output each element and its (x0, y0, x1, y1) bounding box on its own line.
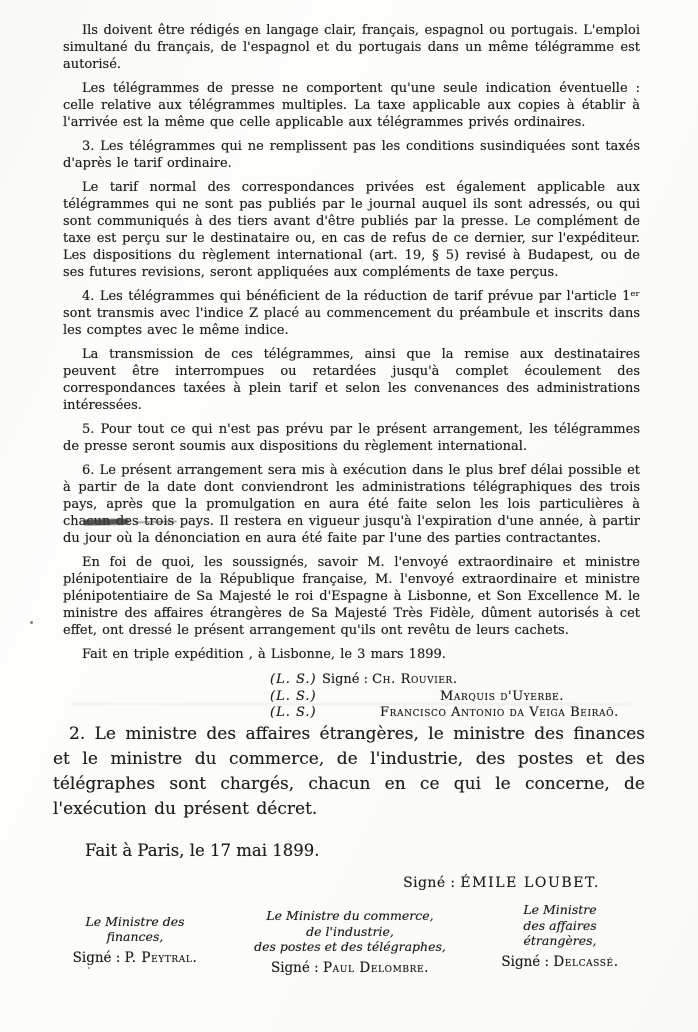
scan-speck (30, 621, 33, 624)
minister-title: Le Ministre des finances, (60, 914, 210, 945)
paragraph-article-3: 3. Les télégrammes qui ne remplissent pa… (63, 138, 640, 172)
seal-mark: (L. S.) (270, 672, 322, 689)
minister-signatures-row: Le Ministre des finances, Signé : P. Pey… (60, 902, 640, 976)
signature-row-rouvier: (L. S.)Signé : Ch. Rouvier. (270, 672, 640, 689)
minister-foreign-affairs-column: Le Ministre des affaires étrangères, Sig… (485, 902, 635, 970)
paragraph-press-telegrams: Les télégrammes de presse ne comportent … (63, 80, 640, 131)
signatory-name: Francisco Antonio da Veiga Beiraõ. (380, 705, 619, 722)
scan-speck (88, 967, 90, 969)
paragraph-article-6: 6. Le présent arrangement sera mis à exé… (63, 462, 640, 547)
minister-title: des postes et des télégraphes, (245, 939, 455, 955)
signatory-rouvier: Ch. Rouvier. (372, 672, 458, 687)
signe-prefix: Signé : (501, 954, 553, 970)
minister-signature: Signé : Paul Delombre. (245, 960, 455, 976)
minister-title: Le Ministre (485, 902, 635, 918)
paragraph-article-4: 4. Les télégrammes qui bénéficient de la… (63, 288, 640, 339)
signe-prefix: Signé : (322, 672, 372, 687)
minister-title: des affaires étrangères, (485, 918, 635, 949)
signatory-loubet: ÉMILE LOUBET. (460, 875, 600, 891)
signatory-delombre: Paul Delombre. (323, 960, 429, 976)
paragraph-article-5: 5. Pour tout ce qui n'est pas prévu par … (63, 421, 640, 455)
signatory-name: Signé : Ch. Rouvier. (322, 672, 458, 689)
signature-row-veiga-beirao: (L. S.)Francisco Antonio da Veiga Beiraõ… (270, 705, 640, 722)
lisbon-signatures-block: (L. S.)Signé : Ch. Rouvier. (L. S.)Marqu… (270, 672, 640, 722)
signatory-veiga-beirao: Francisco Antonio da Veiga Beiraõ. (380, 705, 619, 720)
ink-smudge-artifact (83, 519, 129, 526)
paragraph-transmission: La transmission de ces télégrammes, ains… (63, 346, 640, 414)
signe-prefix: Signé : (271, 960, 323, 976)
minister-finances-column: Le Ministre des finances, Signé : P. Pey… (60, 914, 210, 966)
minister-signature: Signé : Delcassé. (485, 954, 635, 970)
paragraph-languages: Ils doivent être rédigés en langage clai… (63, 22, 640, 73)
signatory-peytral: P. Peytral. (125, 950, 198, 966)
signatory-delcasse: Delcassé. (553, 954, 618, 970)
president-signature: Signé : ÉMILE LOUBET. (53, 875, 600, 891)
arrangement-text-block: Ils doivent être rédigés en langage clai… (63, 22, 640, 722)
signatory-uyerbe: Marquis d'Uyerbe. (440, 689, 564, 704)
seal-mark: (L. S.) (270, 705, 322, 722)
signe-prefix: Signé : (73, 950, 125, 966)
dateline-lisbonne: Fait en triple expédition , à Lisbonne, … (63, 646, 640, 663)
minister-title: de l'industrie, (245, 924, 455, 940)
scan-streak (70, 703, 630, 705)
decree-article-block: 2. Le ministre des affaires étrangères, … (53, 722, 645, 891)
signe-prefix: Signé : (403, 875, 460, 891)
minister-commerce-column: Le Ministre du commerce, de l'industrie,… (245, 908, 455, 976)
dateline-paris: Fait à Paris, le 17 mai 1899. (85, 841, 645, 860)
minister-signature: Signé : P. Peytral. (60, 950, 210, 966)
scanned-document-page: Ils doivent être rédigés en langage clai… (0, 0, 698, 1032)
minister-title: Le Ministre du commerce, (245, 908, 455, 924)
paragraph-en-foi-de-quoi: En foi de quoi, les soussignés, savoir M… (63, 554, 640, 639)
decree-article-2: 2. Le ministre des affaires étrangères, … (53, 722, 645, 822)
paragraph-tarif-normal: Le tarif normal des correspondances priv… (63, 179, 640, 281)
